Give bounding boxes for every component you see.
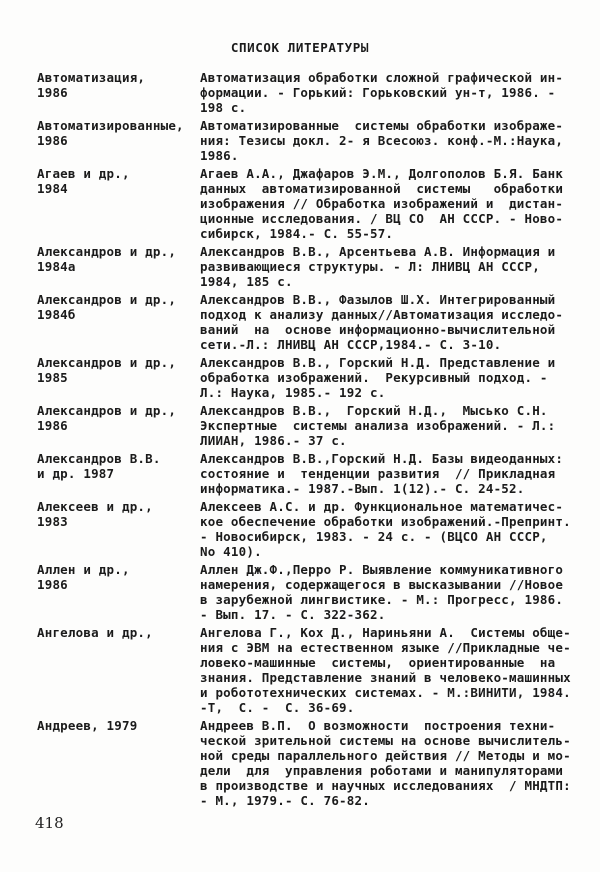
reference-citation: Андреев В.П. О возможности построения те… [200, 718, 593, 808]
reference-citation: Александров В.В., Горский Н.Д., Мысько С… [200, 403, 593, 448]
reference-key: Алексеев и др.,1983 [37, 499, 200, 529]
reference-key: Александров и др.,1985 [37, 355, 200, 385]
reference-key-line: Аллен и др., [37, 562, 200, 577]
reference-entry: Ангелова и др.,Ангелова Г., Кох Д., Нари… [37, 625, 593, 715]
reference-citation-line: ловеко-машинные системы, ориентированные… [200, 655, 593, 670]
reference-citation-line: -Т, С. - С. 36-69. [200, 700, 593, 715]
page-number: 418 [35, 814, 64, 832]
reference-entry: Агаев и др.,1984Агаев А.А., Джафаров Э.М… [37, 166, 593, 241]
reference-citation-line: подход к анализу данных//Автоматизация и… [200, 307, 593, 322]
reference-entry: Автоматизированные,1986Автоматизированны… [37, 118, 593, 163]
reference-key-line: 1984б [37, 307, 200, 322]
reference-citation: Александров В.В., Горский Н.Д. Представл… [200, 355, 593, 400]
reference-citation-line: в зарубежной лингвистике. - М.: Прогресс… [200, 592, 593, 607]
reference-citation-line: - М., 1979.- С. 76-82. [200, 793, 593, 808]
reference-key-line: 1986 [37, 85, 200, 100]
reference-key-line: 1985 [37, 370, 200, 385]
reference-key: Александров и др.,1984б [37, 292, 200, 322]
reference-citation: Ангелова Г., Кох Д., Нариньяни А. Систем… [200, 625, 593, 715]
reference-key-line: Андреев, 1979 [37, 718, 200, 733]
reference-citation-line: Александров В.В., Арсентьева А.В. Информ… [200, 244, 593, 259]
reference-key-line: и др. 1987 [37, 466, 200, 481]
reference-key-line: Алексеев и др., [37, 499, 200, 514]
reference-entry: Аллен и др.,1986Аллен Дж.Ф.,Перро Р. Выя… [37, 562, 593, 622]
reference-key-line: Автоматизация, [37, 70, 200, 85]
reference-key-line: Александров и др., [37, 292, 200, 307]
reference-entry: Александров и др.,1984бАлександров В.В.,… [37, 292, 593, 352]
reference-entry: Автоматизация,1986Автоматизация обработк… [37, 70, 593, 115]
reference-key: Александров В.В.и др. 1987 [37, 451, 200, 481]
reference-citation-line: ваний на основе информационно-вычислител… [200, 322, 593, 337]
reference-citation-line: Автоматизированные системы обработки изо… [200, 118, 593, 133]
reference-key: Александров и др.,1986 [37, 403, 200, 433]
reference-citation-line: обработка изображений. Рекурсивный подхо… [200, 370, 593, 385]
reference-entry: Алексеев и др.,1983Алексеев А.С. и др. Ф… [37, 499, 593, 559]
reference-citation-line: знания. Представление знаний в человеко-… [200, 670, 593, 685]
reference-citation-line: ческой зрительной системы на основе вычи… [200, 733, 593, 748]
reference-citation-line: ной среды параллельного действия // Мето… [200, 748, 593, 763]
reference-citation-line: Александров В.В., Фазылов Ш.Х. Интегриро… [200, 292, 593, 307]
reference-citation-line: сибирск, 1984.- С. 55-57. [200, 226, 593, 241]
reference-citation-line: 198 с. [200, 100, 593, 115]
reference-citation: Автоматизация обработки сложной графичес… [200, 70, 593, 115]
reference-citation-line: изображения // Обработка изображений и д… [200, 196, 593, 211]
reference-citation: Александров В.В.,Горский Н.Д. Базы видео… [200, 451, 593, 496]
reference-key-line: Автоматизированные, [37, 118, 200, 133]
reference-citation-line: Л.: Наука, 1985.- 192 с. [200, 385, 593, 400]
reference-key-line: Александров и др., [37, 244, 200, 259]
reference-key-line: 1986 [37, 577, 200, 592]
reference-key: Автоматизация,1986 [37, 70, 200, 100]
reference-key: Автоматизированные,1986 [37, 118, 200, 148]
reference-citation-line: Агаев А.А., Джафаров Э.М., Долгополов Б.… [200, 166, 593, 181]
reference-key-line: Ангелова и др., [37, 625, 200, 640]
reference-key-line: 1984 [37, 181, 200, 196]
reference-citation-line: в производстве и научных исследованиях /… [200, 778, 593, 793]
reference-key: Андреев, 1979 [37, 718, 200, 733]
reference-key-line: Александров В.В. [37, 451, 200, 466]
reference-key-line: 1986 [37, 418, 200, 433]
reference-citation-line: развивающиеся структуры. - Л: ЛНИВЦ АН С… [200, 259, 593, 274]
reference-citation-line: ния: Тезисы докл. 2- я Всесоюз. конф.-М.… [200, 133, 593, 148]
reference-key-line: Александров и др., [37, 355, 200, 370]
reference-citation-line: формации. - Горький: Горьковский ун-т, 1… [200, 85, 593, 100]
reference-citation-line: Алексеев А.С. и др. Функциональное матем… [200, 499, 593, 514]
bibliography-list: Автоматизация,1986Автоматизация обработк… [37, 70, 593, 811]
reference-citation-line: ния с ЭВМ на естественном языке //Прикла… [200, 640, 593, 655]
reference-citation-line: - Вып. 17. - С. 322-362. [200, 607, 593, 622]
reference-entry: Александров и др.,1986Александров В.В., … [37, 403, 593, 448]
reference-key-line: 1984а [37, 259, 200, 274]
page-title: СПИСОК ЛИТЕРАТУРЫ [0, 40, 600, 55]
reference-citation-line: Экспертные системы анализа изображений. … [200, 418, 593, 433]
reference-citation-line: Ангелова Г., Кох Д., Нариньяни А. Систем… [200, 625, 593, 640]
reference-key: Агаев и др.,1984 [37, 166, 200, 196]
reference-entry: Александров и др.,1984аАлександров В.В.,… [37, 244, 593, 289]
reference-key: Ангелова и др., [37, 625, 200, 640]
reference-entry: Александров В.В.и др. 1987Александров В.… [37, 451, 593, 496]
reference-citation: Автоматизированные системы обработки изо… [200, 118, 593, 163]
reference-key-line: 1983 [37, 514, 200, 529]
reference-citation-line: дели для управления роботами и манипулят… [200, 763, 593, 778]
reference-citation-line: ЛИИАН, 1986.- 37 с. [200, 433, 593, 448]
reference-citation-line: 1984, 185 с. [200, 274, 593, 289]
reference-citation: Александров В.В., Арсентьева А.В. Информ… [200, 244, 593, 289]
reference-citation-line: Александров В.В., Горский Н.Д. Представл… [200, 355, 593, 370]
reference-key: Александров и др.,1984а [37, 244, 200, 274]
reference-citation: Агаев А.А., Джафаров Э.М., Долгополов Б.… [200, 166, 593, 241]
reference-entry: Александров и др.,1985Александров В.В., … [37, 355, 593, 400]
reference-key-line: Агаев и др., [37, 166, 200, 181]
reference-citation-line: ционные исследования. / ВЦ СО АН СССР. -… [200, 211, 593, 226]
reference-citation: Алексеев А.С. и др. Функциональное матем… [200, 499, 593, 559]
reference-citation: Аллен Дж.Ф.,Перро Р. Выявление коммуника… [200, 562, 593, 622]
reference-citation-line: Андреев В.П. О возможности построения те… [200, 718, 593, 733]
reference-citation-line: 1986. [200, 148, 593, 163]
reference-citation-line: данных автоматизированной системы обрабо… [200, 181, 593, 196]
reference-citation-line: Аллен Дж.Ф.,Перро Р. Выявление коммуника… [200, 562, 593, 577]
reference-key-line: 1986 [37, 133, 200, 148]
reference-citation: Александров В.В., Фазылов Ш.Х. Интегриро… [200, 292, 593, 352]
reference-citation-line: - Новосибирск, 1983. - 24 с. - (ВЦСО АН … [200, 529, 593, 544]
reference-citation-line: кое обеспечение обработки изображений.-П… [200, 514, 593, 529]
reference-key-line: Александров и др., [37, 403, 200, 418]
document-page: СПИСОК ЛИТЕРАТУРЫ Автоматизация,1986Авто… [0, 0, 600, 872]
reference-citation-line: No 410). [200, 544, 593, 559]
reference-citation-line: Александров В.В.,Горский Н.Д. Базы видео… [200, 451, 593, 466]
reference-entry: Андреев, 1979Андреев В.П. О возможности … [37, 718, 593, 808]
reference-citation-line: информатика.- 1987.-Вып. 1(12).- С. 24-5… [200, 481, 593, 496]
reference-citation-line: Александров В.В., Горский Н.Д., Мысько С… [200, 403, 593, 418]
reference-citation-line: намерения, содержащегося в высказывании … [200, 577, 593, 592]
reference-citation-line: Автоматизация обработки сложной графичес… [200, 70, 593, 85]
reference-citation-line: сети.-Л.: ЛНИВЦ АН СССР,1984.- С. 3-10. [200, 337, 593, 352]
reference-citation-line: и робототехнических системах. - М.:ВИНИТ… [200, 685, 593, 700]
reference-key: Аллен и др.,1986 [37, 562, 200, 592]
reference-citation-line: состояние и тенденции развития // Прикла… [200, 466, 593, 481]
